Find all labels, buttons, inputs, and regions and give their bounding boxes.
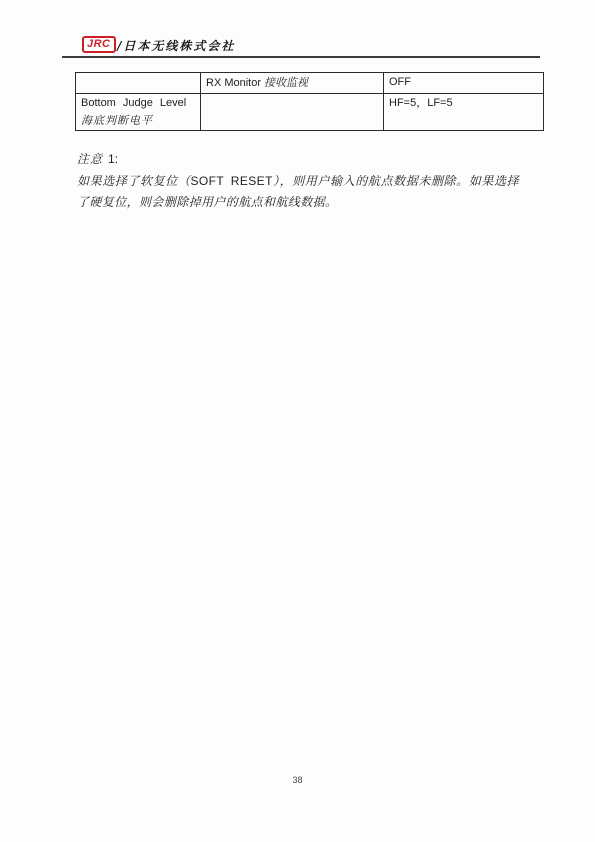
setting-name-zh: 接收监视 (264, 76, 308, 89)
note-title: 注意1: (77, 150, 519, 167)
cell-empty (76, 73, 201, 94)
note-body: 如果选择了软复位（SOFT RESET），则用户输入的航点数据未删除。如果选择了… (77, 171, 519, 213)
note-title-label: 注意 (77, 152, 103, 166)
page-footer: 38 (0, 775, 595, 785)
document-page: JRC /日本无线株式会社 RX Monitor接收监视 OFF Bottom … (0, 0, 595, 842)
note-body-part1: 如果选择了软复位（ (77, 174, 190, 188)
setting-group-en: Bottom Judge Level (81, 96, 195, 111)
header-rule (62, 56, 540, 58)
jrc-logo: JRC (82, 36, 116, 53)
settings-table: RX Monitor接收监视 OFF Bottom Judge Level 海底… (75, 72, 544, 131)
cell-setting-value: OFF (384, 73, 544, 94)
note-title-number: 1: (108, 152, 118, 166)
note-section: 注意1: 如果选择了软复位（SOFT RESET），则用户输入的航点数据未删除。… (77, 150, 519, 213)
cell-setting-name: RX Monitor接收监视 (201, 73, 384, 94)
setting-name-en: RX Monitor (206, 77, 261, 89)
cell-setting-value: HF=5，LF=5 (384, 94, 544, 131)
cell-setting-group: Bottom Judge Level 海底判断电平 (76, 94, 201, 131)
table-row: Bottom Judge Level 海底判断电平 HF=5，LF=5 (76, 94, 544, 131)
note-body-latin: SOFT RESET (190, 174, 272, 188)
setting-group-zh: 海底判断电平 (81, 113, 195, 128)
page-number: 38 (292, 775, 302, 785)
cell-empty (201, 94, 384, 131)
table-row: RX Monitor接收监视 OFF (76, 73, 544, 94)
company-name: /日本无线株式会社 (117, 37, 235, 54)
